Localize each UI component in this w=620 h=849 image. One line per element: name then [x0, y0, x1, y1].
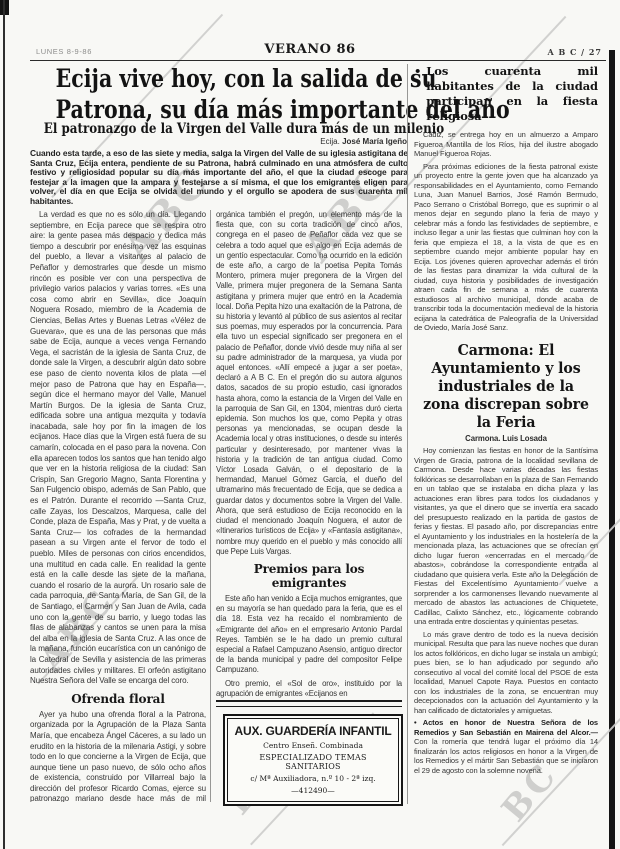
ad-line: Centro Enseñ. Combinada — [231, 741, 395, 750]
main-headline-line1: Ecija vive hoy, con la salida de su — [56, 63, 381, 94]
scan-edge-bar — [609, 50, 615, 849]
article-column-middle: orgánica también el pregón, un elemento … — [216, 210, 402, 699]
article-paragraph: Este año han venido a Ecija muchos emigr… — [216, 594, 402, 676]
page-number: A B C / 27 — [547, 47, 602, 57]
subheadline: El patronazgo de la Virgen del Valle dur… — [44, 121, 392, 137]
secondary-headline: Carmona: El Ayuntamiento y los industria… — [420, 341, 593, 431]
article-paragraph: Cádiz, se entrega hoy en un almuerzo a A… — [414, 130, 598, 159]
brief-lead: • Actos en honor de Nuestra Señora de lo… — [414, 718, 598, 737]
ad-title: AUX. GUARDERÍA INFANTIL — [231, 724, 395, 738]
main-headline: Ecija vive hoy, con la salida de su Patr… — [20, 63, 416, 125]
article-paragraph: Para próximas ediciones de la fiesta pat… — [414, 162, 598, 333]
section-subhead-ofrenda-floral: Ofrenda floral — [30, 692, 206, 706]
section-subhead-premios: Premios para los emigrantes — [216, 562, 402, 590]
bullet-headline-text: Los cuarenta mil habitantes de la ciudad… — [426, 64, 598, 124]
brief-text: Con la romería que tendrá lugar el próxi… — [414, 737, 598, 775]
article-column-right: • Los cuarenta mil habitantes de la ciud… — [414, 64, 598, 848]
ad-phone: —412490— — [231, 786, 395, 795]
header-rule — [30, 60, 606, 61]
byline-secondary: Carmona. Luis Losada — [414, 434, 598, 444]
article-paragraph: Otro premio, el «Sol de oro», instituido… — [216, 679, 402, 699]
byline-place: Carmona. — [465, 434, 500, 443]
column-divider — [407, 64, 408, 804]
newspaper-page: ABC ABC ABC BC BC LUNES 8-9-86 VERANO 86… — [0, 0, 620, 849]
section-title: VERANO 86 — [0, 42, 620, 57]
column-divider — [210, 210, 211, 802]
section-divider-rule — [216, 700, 402, 707]
article-paragraph: orgánica también el pregón, un elemento … — [216, 210, 402, 557]
article-paragraph: La verdad es que no es sólo un día. Lleg… — [30, 210, 206, 687]
byline: Ecija. José María Igeño — [30, 137, 407, 146]
byline-place: Ecija. — [320, 137, 340, 146]
classified-ad: AUX. GUARDERÍA INFANTIL Centro Enseñ. Co… — [223, 714, 403, 806]
ad-line: ESPECIALIZADO TEMAS SANITARIOS — [231, 753, 395, 771]
ad-address: c/ Mª Auxiliadora, n.º 10 - 2ª izq. — [231, 774, 395, 783]
byline-author: Luis Losada — [502, 434, 546, 443]
article-column-left: La verdad es que no es sólo un día. Lleg… — [30, 210, 206, 802]
article-paragraph: Hoy comienzan las fiestas en honor de la… — [414, 446, 598, 627]
article-paragraph: Lo más grave dentro de todo es la nueva … — [414, 630, 598, 716]
classified-ad-inner: AUX. GUARDERÍA INFANTIL Centro Enseñ. Co… — [227, 718, 399, 802]
lead-paragraph: Cuando esta tarde, a eso de las siete y … — [30, 149, 408, 206]
bullet-headline: • Los cuarenta mil habitantes de la ciud… — [414, 64, 598, 124]
article-paragraph: Ayer ya hubo una ofrenda floral a la Pat… — [30, 710, 206, 802]
scan-edge-line — [3, 0, 5, 849]
article-paragraph-brief: • Actos en honor de Nuestra Señora de lo… — [414, 718, 598, 775]
bullet-icon: • — [414, 64, 421, 124]
byline-author: José María Igeño — [342, 137, 407, 146]
